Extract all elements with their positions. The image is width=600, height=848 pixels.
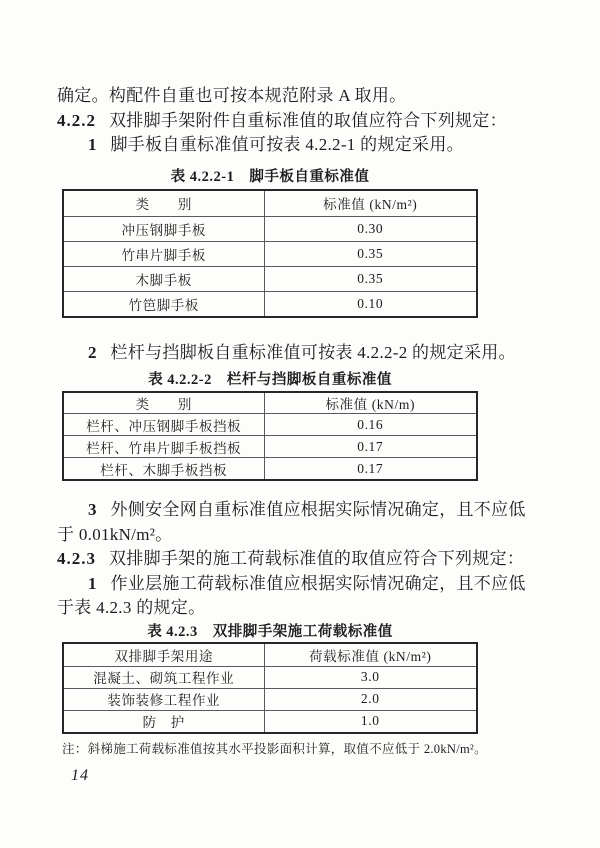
item-number: 3: [88, 500, 98, 519]
row-label: 竹笆脚手板: [63, 291, 264, 317]
clause-number: 4.2.3: [57, 549, 96, 568]
table-construction-load-standard-values: 双排脚手架用途 荷载标准值 (kN/m²) 混凝土、砌筑工程作业 3.0 装饰装…: [62, 642, 478, 734]
table-header-row: 类 别 标准值 (kN/m²): [63, 190, 477, 217]
table-scaffold-board-self-weight: 类 别 标准值 (kN/m²) 冲压钢脚手板 0.30 竹串片脚手板 0.35 …: [62, 189, 478, 318]
row-label: 栏杆、冲压钢脚手板挡板: [63, 414, 264, 436]
row-value: 3.0: [264, 666, 477, 688]
row-value: 1.0: [264, 710, 477, 733]
row-value: 0.16: [264, 414, 477, 436]
table-2-title: 表 4.2.2-2 栏杆与挡脚板自重标准值: [62, 370, 478, 390]
item-number: 2: [88, 343, 98, 362]
row-value: 2.0: [264, 688, 477, 710]
table-row: 竹笆脚手板 0.10: [63, 291, 477, 317]
row-value: 0.35: [264, 241, 477, 266]
paragraph-continuation: 确定。构配件自重也可按本规范附录 A 取用。: [57, 84, 539, 109]
item-text: 脚手板自重标准值可按表 4.2.2-1 的规定采用。: [111, 135, 464, 154]
row-label: 木脚手板: [63, 266, 264, 291]
table-row: 竹串片脚手板 0.35: [63, 241, 477, 266]
column-header-load-value: 荷载标准值 (kN/m²): [264, 643, 477, 667]
item-number: 1: [88, 135, 98, 154]
row-label: 竹串片脚手板: [63, 241, 264, 266]
table-row: 混凝土、砌筑工程作业 3.0: [63, 666, 477, 688]
clause-number: 4.2.2: [57, 111, 96, 130]
row-label: 栏杆、木脚手板挡板: [63, 458, 264, 481]
table-row: 冲压钢脚手板 0.30: [63, 216, 477, 241]
row-label: 混凝土、砌筑工程作业: [63, 666, 264, 688]
list-item-1: 1脚手板自重标准值可按表 4.2.2-1 的规定采用。: [57, 133, 539, 158]
table-row: 木脚手板 0.35: [63, 266, 477, 291]
list-item-423-1-line1: 1作业层施工荷载标准值应根据实际情况确定，且不应低: [57, 572, 539, 597]
list-item-3-line1: 3外侧安全网自重标准值应根据实际情况确定，且不应低: [57, 498, 539, 523]
clause-text: 双排脚手架的施工荷载标准值的取值应符合下列规定：: [109, 549, 524, 568]
page-number: 14: [71, 767, 539, 785]
table-row: 栏杆、木脚手板挡板 0.17: [63, 458, 477, 481]
column-header-category: 类 别: [63, 190, 264, 217]
table-3-note: 注：斜梯施工荷载标准值按其水平投影面积计算，取值不应低于 2.0kN/m²。: [62, 741, 539, 758]
column-header-standard-value: 标准值 (kN/m²): [264, 190, 477, 217]
item-number: 1: [88, 574, 98, 593]
column-header-scaffold-use: 双排脚手架用途: [63, 643, 264, 667]
item-text: 外侧安全网自重标准值应根据实际情况确定，且不应低: [111, 500, 526, 519]
column-header-standard-value: 标准值 (kN/m): [264, 392, 477, 414]
row-label: 栏杆、竹串片脚手板挡板: [63, 436, 264, 458]
row-value: 0.35: [264, 266, 477, 291]
item-text: 作业层施工荷载标准值应根据实际情况确定，且不应低: [111, 574, 526, 593]
row-value: 0.17: [264, 436, 477, 458]
table-row: 装饰装修工程作业 2.0: [63, 688, 477, 710]
table-row: 栏杆、冲压钢脚手板挡板 0.16: [63, 414, 477, 436]
list-item-423-1-line2: 于表 4.2.3 的规定。: [57, 596, 539, 621]
row-label: 冲压钢脚手板: [63, 216, 264, 241]
table-header-row: 类 别 标准值 (kN/m): [63, 392, 477, 414]
row-label: 装饰装修工程作业: [63, 688, 264, 710]
table-1-title: 表 4.2.2-1 脚手板自重标准值: [62, 167, 478, 187]
row-value: 0.10: [264, 291, 477, 317]
row-value: 0.17: [264, 458, 477, 481]
table-3-title: 表 4.2.3 双排脚手架施工荷载标准值: [62, 622, 478, 642]
row-value: 0.30: [264, 216, 477, 241]
table-row: 防 护 1.0: [63, 710, 477, 733]
clause-text: 双排脚手架附件自重标准值的取值应符合下列规定：: [109, 111, 507, 130]
item-text: 栏杆与挡脚板自重标准值可按表 4.2.2-2 的规定采用。: [111, 343, 516, 362]
list-item-3-line2: 于 0.01kN/m²。: [57, 523, 539, 548]
table-row: 栏杆、竹串片脚手板挡板 0.17: [63, 436, 477, 458]
column-header-category: 类 别: [63, 392, 264, 414]
list-item-2: 2栏杆与挡脚板自重标准值可按表 4.2.2-2 的规定采用。: [57, 341, 539, 366]
document-page: 确定。构配件自重也可按本规范附录 A 取用。 4.2.2双排脚手架附件自重标准值…: [0, 0, 600, 848]
row-label: 防 护: [63, 710, 264, 733]
table-guardrail-toeboard-self-weight: 类 别 标准值 (kN/m) 栏杆、冲压钢脚手板挡板 0.16 栏杆、竹串片脚手…: [62, 391, 478, 481]
clause-4-2-3: 4.2.3双排脚手架的施工荷载标准值的取值应符合下列规定：: [57, 547, 539, 572]
table-header-row: 双排脚手架用途 荷载标准值 (kN/m²): [63, 643, 477, 667]
clause-4-2-2: 4.2.2双排脚手架附件自重标准值的取值应符合下列规定：: [57, 109, 539, 134]
page-content: 确定。构配件自重也可按本规范附录 A 取用。 4.2.2双排脚手架附件自重标准值…: [57, 84, 539, 785]
